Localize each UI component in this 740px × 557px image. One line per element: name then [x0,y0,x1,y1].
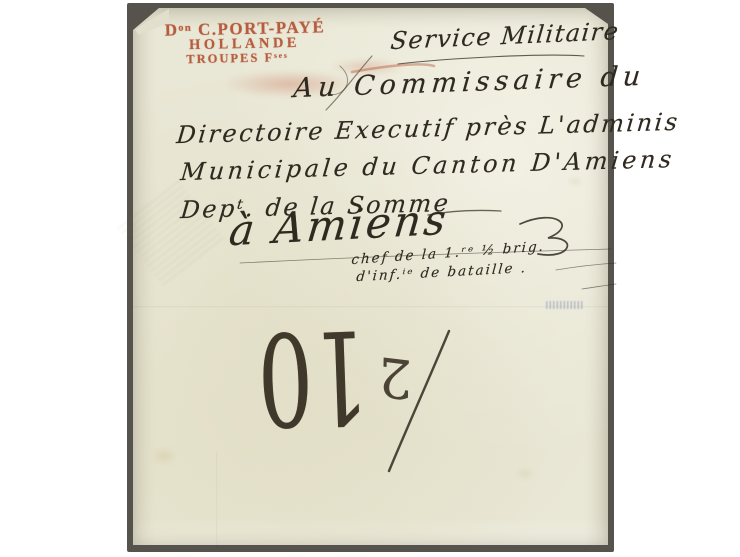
rate-mark-2: 2 [378,344,413,412]
scanned-letter-page: { "document": { "postmark": { "line1": "… [0,0,740,557]
rate-mark-10: 10 [273,311,352,444]
paper-stain [566,176,584,187]
paper-stain [514,466,536,481]
postmark-stamp: Dᵒⁿ C.PORT-PAYÉ HOLLANDE TROUPES Fˢᵉˢ [165,18,326,66]
horizontal-fold-crease [133,306,608,308]
expert-mark-stamp [546,301,584,309]
paper-stain [150,446,178,466]
vertical-fold-crease [216,452,218,548]
